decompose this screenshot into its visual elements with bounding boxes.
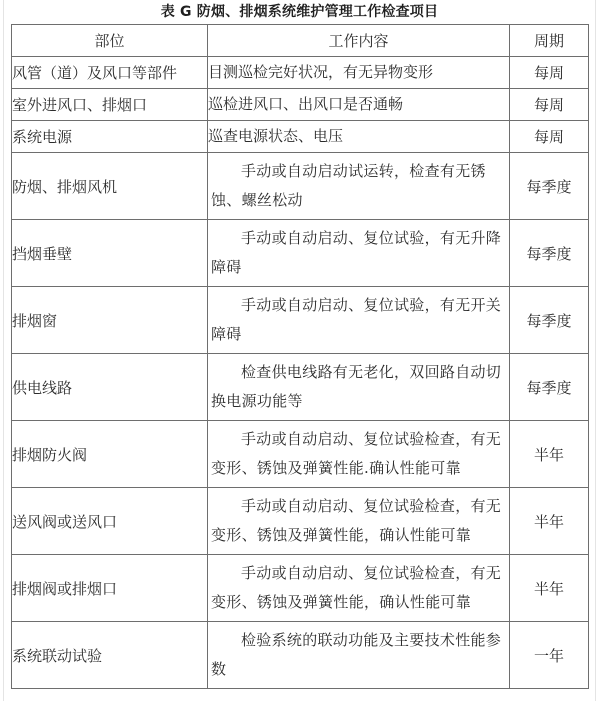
table-row: 系统电源 巡查电源状态、电压 每周	[12, 121, 589, 153]
cell-period: 每周	[510, 121, 589, 153]
cell-content: 目测巡检完好状况，有无异物变形	[208, 57, 510, 89]
cell-part: 挡烟垂壁	[12, 220, 208, 287]
table-row: 系统联动试验 检验系统的联动功能及主要技术性能参数 一年	[12, 622, 589, 689]
cell-part: 系统电源	[12, 121, 208, 153]
cell-content: 检验系统的联动功能及主要技术性能参数	[208, 622, 510, 689]
cell-part: 排烟窗	[12, 287, 208, 354]
page-frame-right-border	[595, 0, 596, 701]
table-header-row: 部位 工作内容 周期	[12, 25, 589, 57]
cell-period: 每周	[510, 89, 589, 121]
table-row: 室外进风口、排烟口 巡检进风口、出风口是否通畅 每周	[12, 89, 589, 121]
table-row: 排烟阀或排烟口 手动或自动启动、复位试验检查，有无变形、锈蚀及弹簧性能，确认性能…	[12, 555, 589, 622]
table-title: 表 G 防烟、排烟系统维护管理工作检查项目	[0, 2, 599, 22]
cell-part: 室外进风口、排烟口	[12, 89, 208, 121]
cell-part: 防烟、排烟风机	[12, 153, 208, 220]
cell-content: 手动或自动启动试运转，检查有无锈蚀、螺丝松动	[208, 153, 510, 220]
inspection-table: 部位 工作内容 周期 风管（道）及风口等部件 目测巡检完好状况，有无异物变形 每…	[11, 24, 589, 689]
cell-content: 手动或自动启动、复位试验检查，有无变形、锈蚀及弹簧性能.确认性能可靠	[208, 421, 510, 488]
table-row: 风管（道）及风口等部件 目测巡检完好状况，有无异物变形 每周	[12, 57, 589, 89]
cell-content: 检查供电线路有无老化，双回路自动切换电源功能等	[208, 354, 510, 421]
cell-period: 每季度	[510, 354, 589, 421]
cell-period: 半年	[510, 421, 589, 488]
table-row: 送风阀或送风口 手动或自动启动、复位试验检查，有无变形、锈蚀及弹簧性能，确认性能…	[12, 488, 589, 555]
table-row: 排烟窗 手动或自动启动、复位试验，有无开关障碍 每季度	[12, 287, 589, 354]
cell-content: 手动或自动启动、复位试验检查，有无变形、锈蚀及弹簧性能，确认性能可靠	[208, 555, 510, 622]
column-header-period: 周期	[510, 25, 589, 57]
column-header-part: 部位	[12, 25, 208, 57]
cell-period: 一年	[510, 622, 589, 689]
cell-part: 风管（道）及风口等部件	[12, 57, 208, 89]
cell-part: 供电线路	[12, 354, 208, 421]
table-row: 挡烟垂壁 手动或自动启动、复位试验，有无升降障碍 每季度	[12, 220, 589, 287]
cell-part: 排烟防火阀	[12, 421, 208, 488]
cell-part: 系统联动试验	[12, 622, 208, 689]
cell-content: 手动或自动启动、复位试验，有无开关障碍	[208, 287, 510, 354]
cell-period: 每周	[510, 57, 589, 89]
cell-period: 半年	[510, 555, 589, 622]
cell-part: 送风阀或送风口	[12, 488, 208, 555]
cell-period: 半年	[510, 488, 589, 555]
column-header-content: 工作内容	[208, 25, 510, 57]
page-frame-left-border	[3, 0, 4, 701]
cell-period: 每季度	[510, 153, 589, 220]
cell-content: 巡检进风口、出风口是否通畅	[208, 89, 510, 121]
cell-content: 巡查电源状态、电压	[208, 121, 510, 153]
cell-part: 排烟阀或排烟口	[12, 555, 208, 622]
table-row: 排烟防火阀 手动或自动启动、复位试验检查，有无变形、锈蚀及弹簧性能.确认性能可靠…	[12, 421, 589, 488]
cell-content: 手动或自动启动、复位试验检查，有无变形、锈蚀及弹簧性能，确认性能可靠	[208, 488, 510, 555]
table-row: 防烟、排烟风机 手动或自动启动试运转，检查有无锈蚀、螺丝松动 每季度	[12, 153, 589, 220]
cell-period: 每季度	[510, 220, 589, 287]
cell-content: 手动或自动启动、复位试验，有无升降障碍	[208, 220, 510, 287]
table-row: 供电线路 检查供电线路有无老化，双回路自动切换电源功能等 每季度	[12, 354, 589, 421]
cell-period: 每季度	[510, 287, 589, 354]
